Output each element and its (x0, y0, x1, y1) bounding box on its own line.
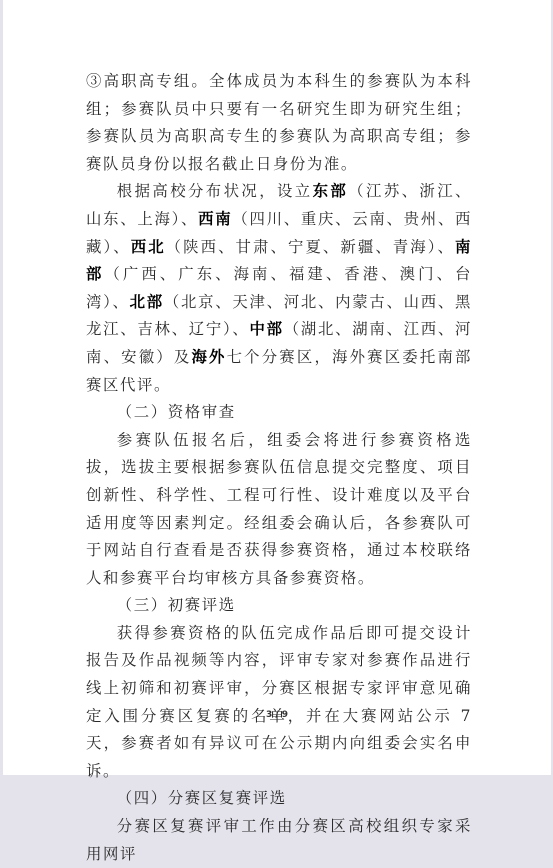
section-heading-qualification: （二）资格审查 (86, 399, 472, 427)
region-north: 北部 (130, 293, 164, 311)
section-heading-preliminary: （三）初赛评选 (86, 592, 472, 620)
document-body: ③高职高专组。全体成员为本科生的参赛队为本科组；参赛队员中只要有一名研究生即为研… (86, 68, 472, 778)
document-page: ③高职高专组。全体成员为本科生的参赛队为本科组；参赛队员中只要有一名研究生即为研… (3, 0, 551, 775)
region-southwest: 西南 (198, 210, 232, 228)
paragraph-group-definition: ③高职高专组。全体成员为本科生的参赛队为本科组；参赛队员中只要有一名研究生即为研… (86, 68, 472, 178)
page-number: 3 / 9 (3, 710, 551, 720)
region-overseas: 海外 (191, 348, 226, 366)
region-northwest: 西北 (131, 238, 166, 256)
region-east: 东部 (313, 182, 349, 200)
regions-intro: 根据高校分布状况，设立 (117, 182, 313, 200)
paragraph-qualification: 参赛队伍报名后，组委会将进行参赛资格选拔，选拔主要根据参赛队伍信息提交完整度、项… (86, 427, 472, 593)
region-central: 中部 (250, 320, 284, 338)
paragraph-preliminary: 获得参赛资格的队伍完成作品后即可提交设计报告及作品视频等内容，评审专家对参赛作品… (86, 620, 472, 778)
paragraph-regions: 根据高校分布状况，设立东部（江苏、浙江、山东、上海）、西南（四川、重庆、云南、贵… (86, 178, 472, 399)
region-northwest-list: （陕西、甘肃、宁夏、新疆、青海）、 (166, 238, 455, 256)
